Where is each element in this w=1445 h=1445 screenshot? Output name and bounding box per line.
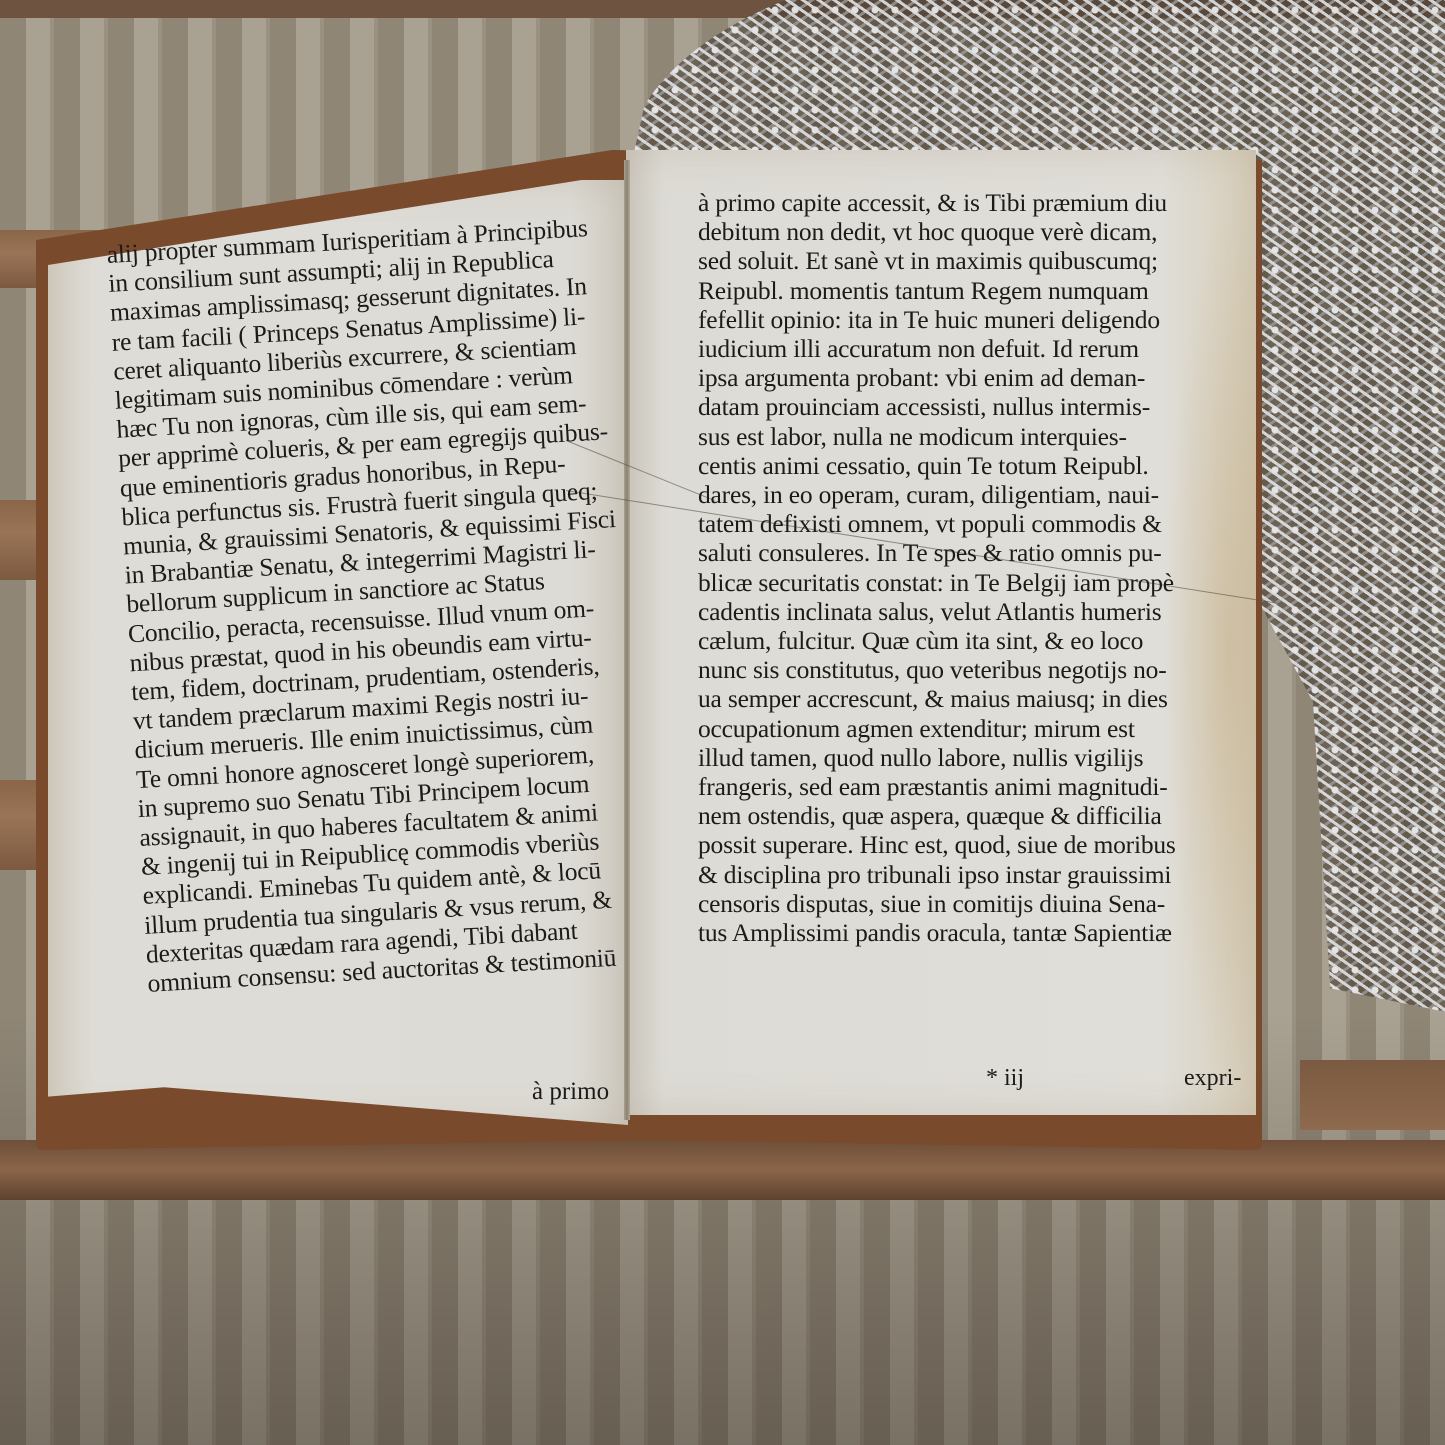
text-line: blicæ securitatis constat: in Te Belgij … [698, 568, 1176, 597]
text-line: occupationum agmen extenditur; mirum est [698, 714, 1176, 743]
text-line: & disciplina pro tribunali ipso instar g… [698, 860, 1176, 889]
wood-slat [0, 780, 40, 870]
text-line: iudicium illi accuratum non defuit. Id r… [698, 334, 1176, 363]
text-line: datam prouinciam accessisti, nullus inte… [698, 392, 1176, 421]
wood-slat-right [1300, 1060, 1445, 1130]
text-line: ipsa argumenta probant: vbi enim ad dema… [698, 363, 1176, 392]
text-line: tatem defixisti omnem, vt populi commodi… [698, 509, 1176, 538]
text-line: frangeris, sed eam præstantis animi magn… [698, 772, 1176, 801]
text-line: illud tamen, quod nullo labore, nullis v… [698, 743, 1176, 772]
text-line: tus Amplissimi pandis oracula, tantæ Sap… [698, 918, 1176, 947]
text-line: sus est labor, nulla ne modicum interqui… [698, 422, 1176, 451]
book-gutter [624, 160, 630, 1120]
open-book: alij propter summam Iurisperitiam à Prin… [36, 150, 1262, 1150]
text-line: ua semper accrescunt, & maius maiusq; in… [698, 684, 1176, 713]
text-line: sed soluit. Et sanè vt in maximis quibus… [698, 246, 1176, 275]
text-line: cadentis inclinata salus, velut Atlantis… [698, 597, 1176, 626]
text-line: à primo capite accessit, & is Tibi præmi… [698, 188, 1176, 217]
text-line: fefellit opinio: ita in Te huic muneri d… [698, 305, 1176, 334]
text-line: possit superare. Hinc est, quod, siue de… [698, 830, 1176, 859]
text-line: nem ostendis, quæ aspera, quæque & diffi… [698, 801, 1176, 830]
text-line: censoris disputas, siue in comitijs diui… [698, 889, 1176, 918]
text-line: saluti consuleres. In Te spes & ratio om… [698, 538, 1176, 567]
text-line: Reipubl. momentis tantum Regem numquam [698, 276, 1176, 305]
text-line: debitum non dedit, vt hoc quoque verè di… [698, 217, 1176, 246]
right-page-text: à primo capite accessit, & is Tibi præmi… [698, 188, 1176, 947]
right-catchword: expri- [1184, 1065, 1241, 1092]
left-catchword: à primo [532, 1078, 609, 1106]
text-line: nunc sis constitutus, quo veteribus nego… [698, 655, 1176, 684]
text-line: dares, in eo operam, curam, diligentiam,… [698, 480, 1176, 509]
signature-mark: * iij [986, 1065, 1024, 1092]
text-line: cælum, fulcitur. Quæ cùm ita sint, & eo … [698, 626, 1176, 655]
water-stain [1166, 210, 1256, 1090]
left-page-text: alij propter summam Iurisperitiam à Prin… [106, 212, 641, 998]
text-line: centis animi cessatio, quin Te totum Rei… [698, 451, 1176, 480]
